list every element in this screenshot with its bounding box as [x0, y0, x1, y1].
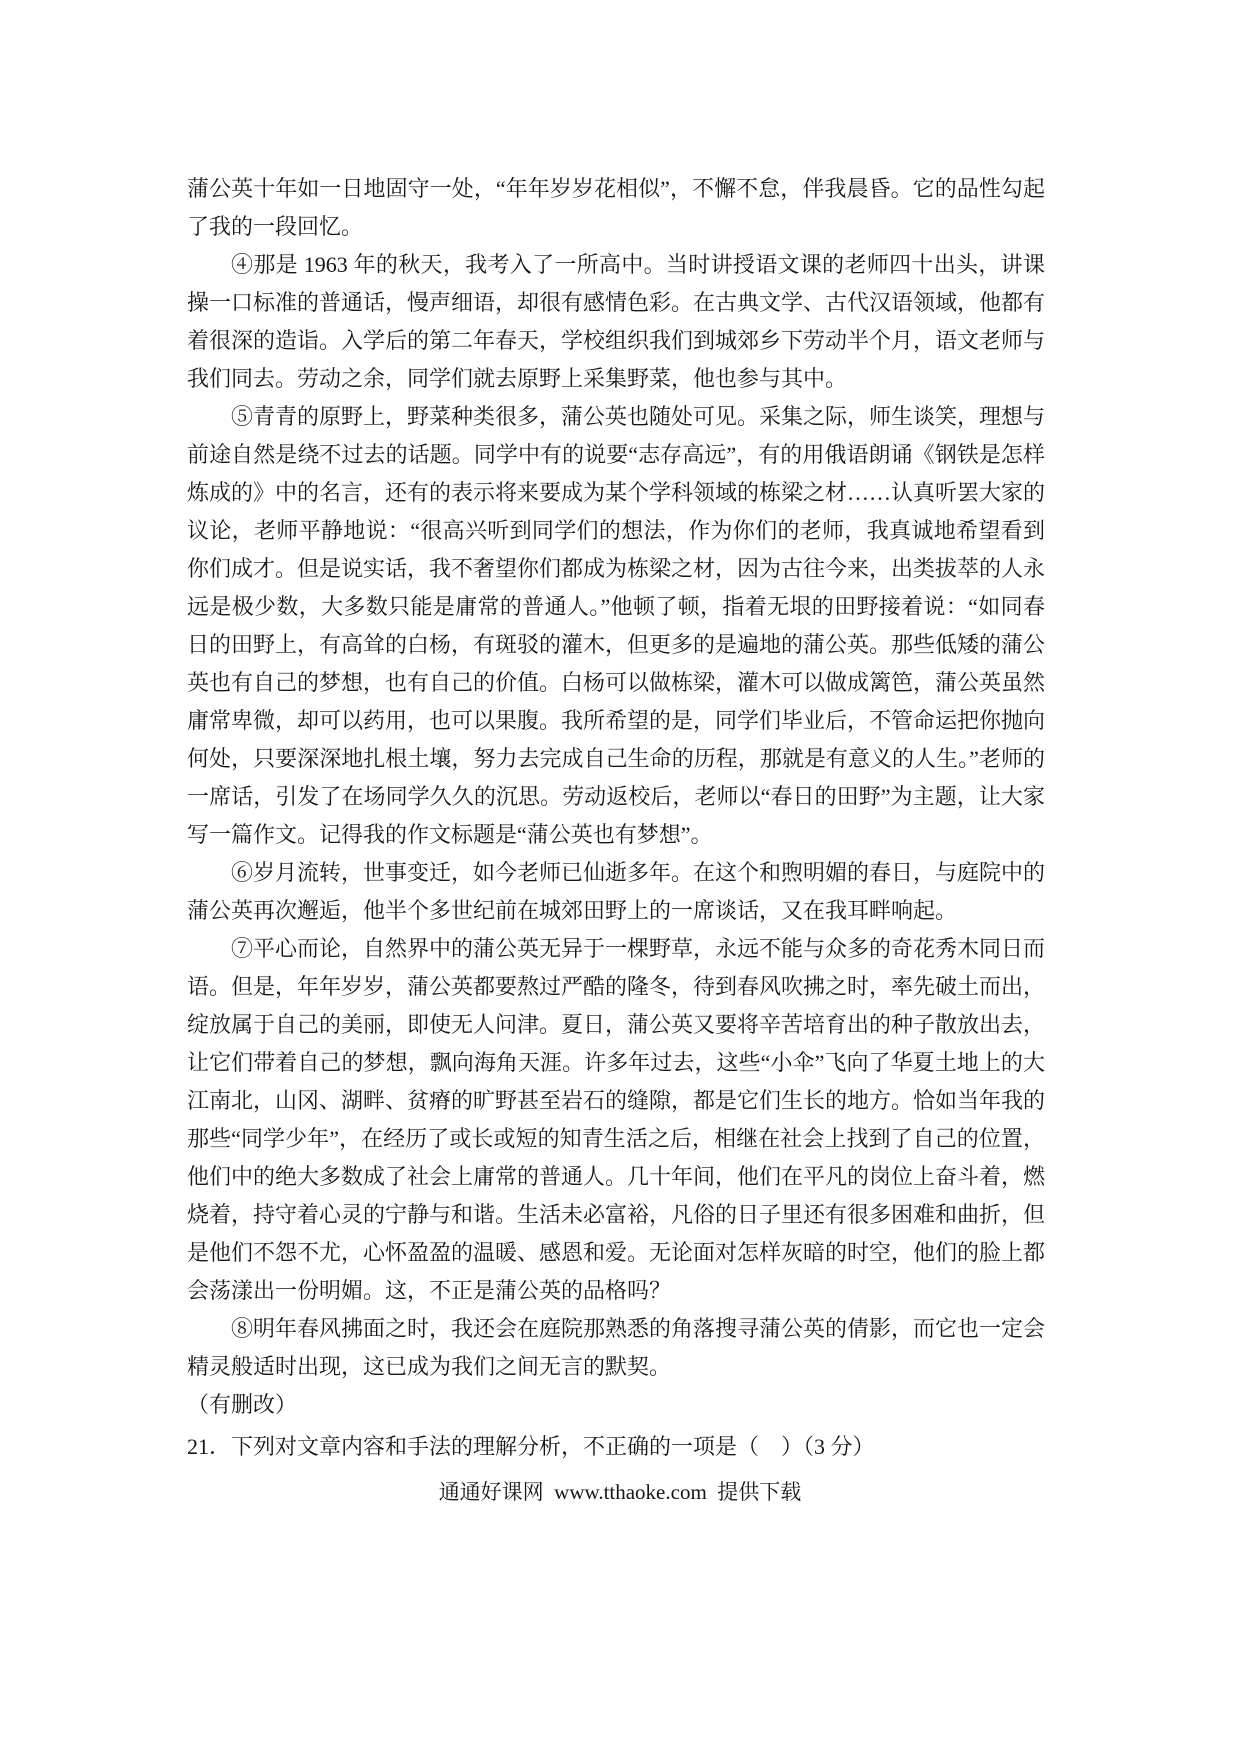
paragraph: ⑤青青的原野上，野菜种类很多，蒲公英也随处可见。采集之际，师生谈笑，理想与前途自… — [187, 398, 1045, 854]
paragraph: ⑧明年春风拂面之时，我还会在庭院那熟悉的角落搜寻蒲公英的倩影，而它也一定会精灵般… — [187, 1310, 1045, 1386]
question-text: 下列对文章内容和手法的理解分析，不正确的一项是（ ）（3 分） — [231, 1434, 875, 1459]
question-21: 21．下列对文章内容和手法的理解分析，不正确的一项是（ ）（3 分） — [187, 1428, 1045, 1466]
paragraph: ⑥岁月流转，世事变迁，如今老师已仙逝多年。在这个和煦明媚的春日，与庭院中的蒲公英… — [187, 854, 1045, 930]
paragraph: ⑦平心而论，自然界中的蒲公英无异于一棵野草，永远不能与众多的奇花秀木同日而语。但… — [187, 930, 1045, 1310]
site-watermark-footer: 通通好课网 www.tthaoke.com 提供下载 — [0, 1478, 1240, 1506]
paragraph: ④那是 1963 年的秋天，我考入了一所高中。当时讲授语文课的老师四十出头，讲课… — [187, 246, 1045, 398]
reading-passage: 蒲公英十年如一日地固守一处，“年年岁岁花相似”，不懈不怠，伴我晨昏。它的品性勾起… — [187, 170, 1045, 1466]
question-number: 21． — [187, 1434, 231, 1459]
attribution-note: （有删改） — [187, 1386, 1045, 1424]
document-page: 蒲公英十年如一日地固守一处，“年年岁岁花相似”，不懈不怠，伴我晨昏。它的品性勾起… — [0, 0, 1240, 1754]
article-body: 蒲公英十年如一日地固守一处，“年年岁岁花相似”，不懈不怠，伴我晨昏。它的品性勾起… — [187, 170, 1045, 1386]
paragraph: 蒲公英十年如一日地固守一处，“年年岁岁花相似”，不懈不怠，伴我晨昏。它的品性勾起… — [187, 170, 1045, 246]
